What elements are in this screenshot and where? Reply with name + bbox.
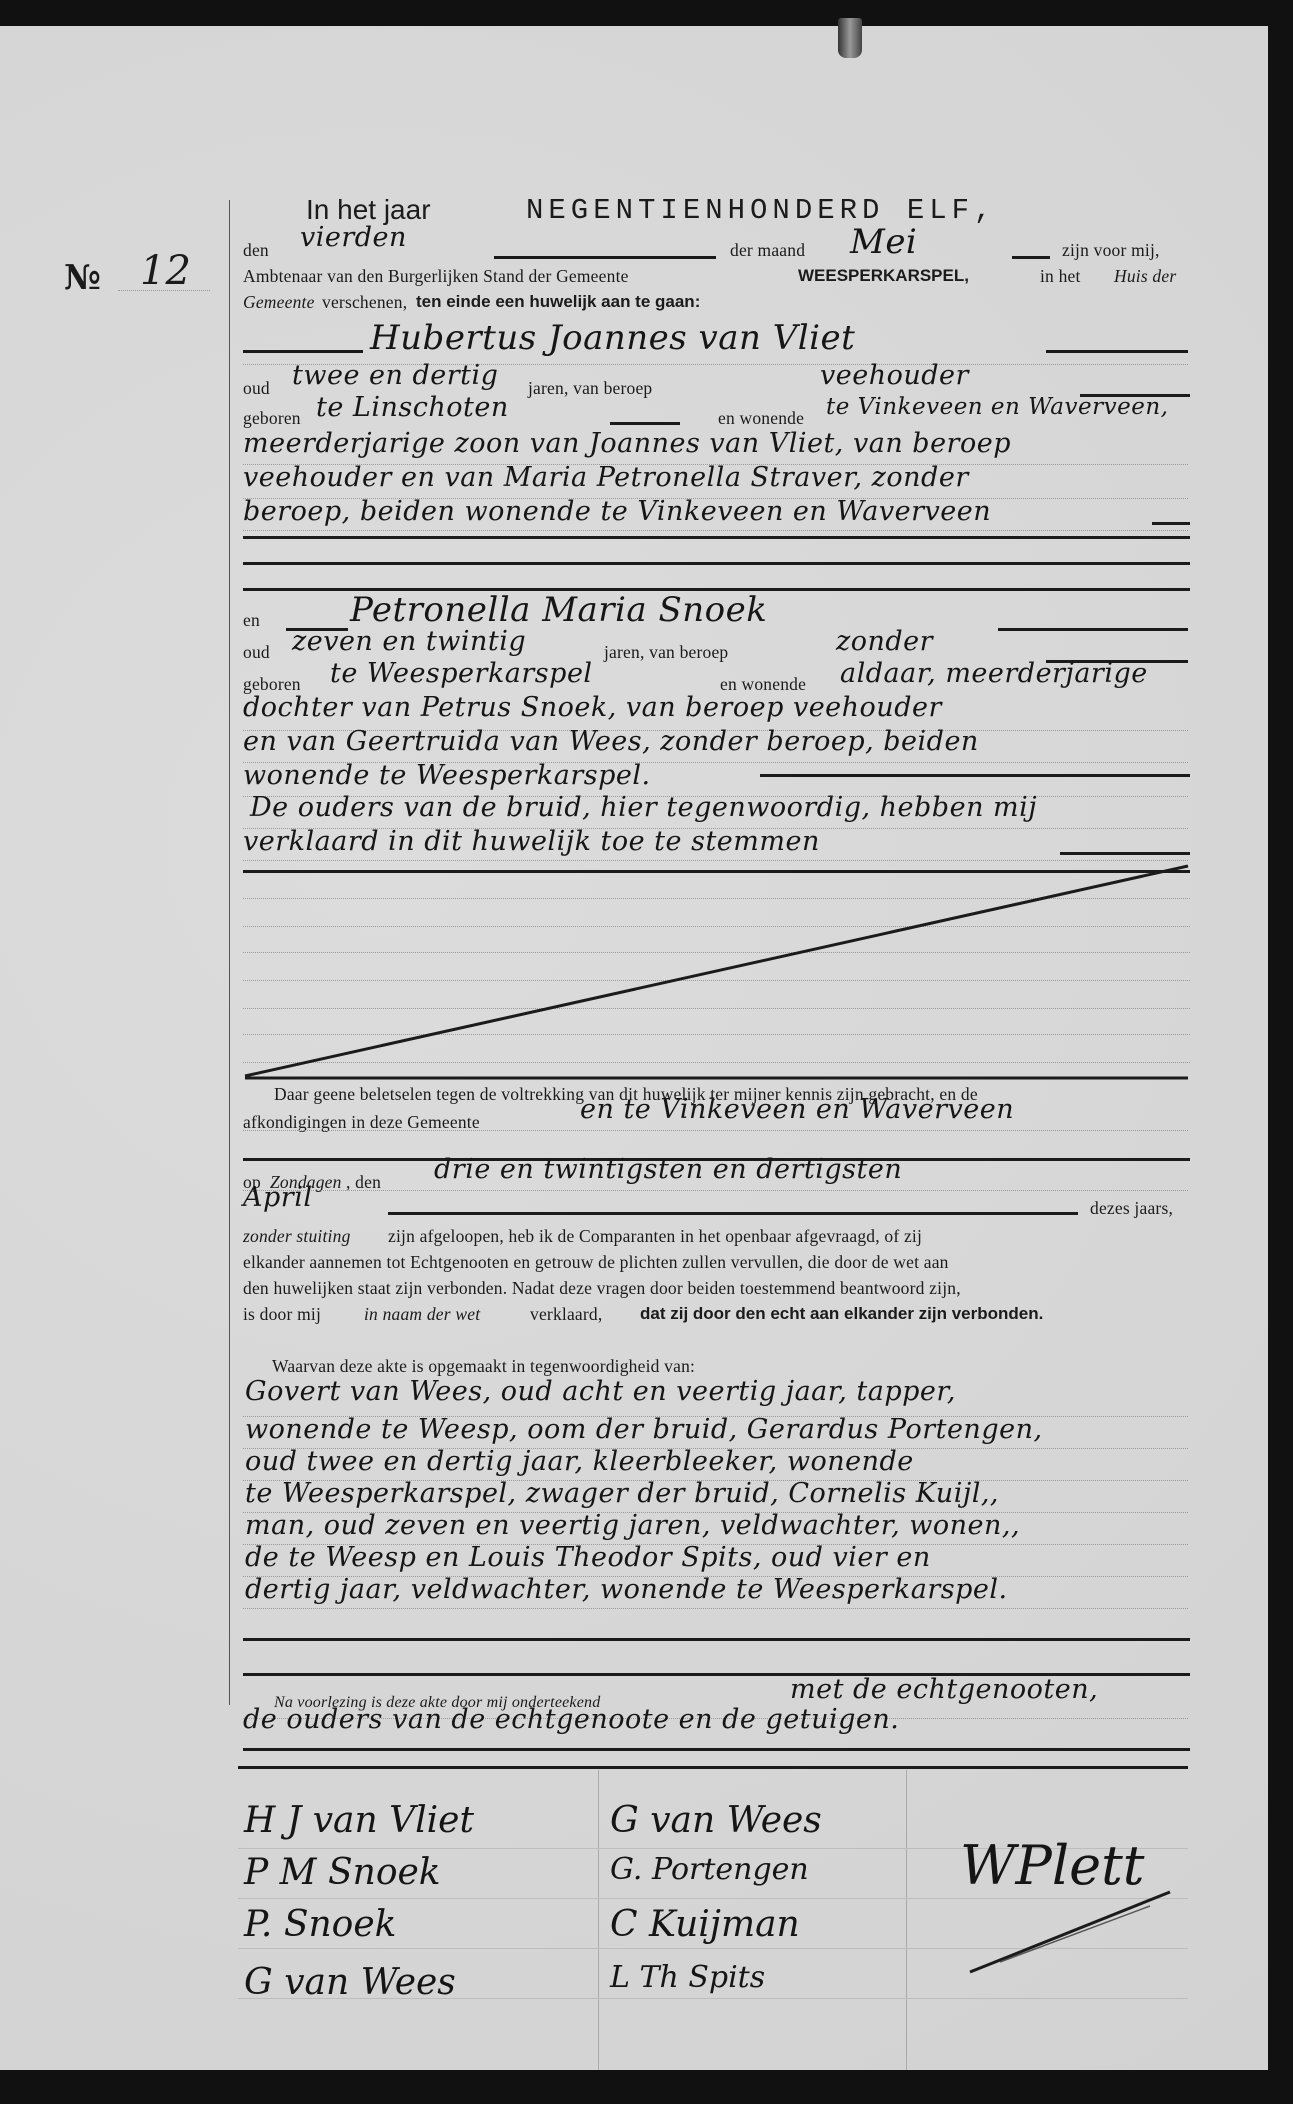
- bride-parents-line: De ouders van de bruid, hier tegenwoordi…: [250, 792, 1037, 823]
- para-line4b: verklaard,: [530, 1304, 602, 1325]
- official-text: Ambtenaar van den Burgerlijken Stand der…: [243, 266, 629, 287]
- signature-witness-2: G. Portengen: [610, 1852, 809, 1887]
- signature-groom: H J van Vliet: [244, 1800, 474, 1841]
- fill-rule: [1046, 350, 1188, 353]
- margin-rule: [229, 200, 230, 1705]
- signature-bride-mother: G van Wees: [244, 1962, 456, 2003]
- proclamation-places: en te Vinkeveen en Waverveen: [580, 1094, 1014, 1125]
- groom-age: twee en dertig: [292, 360, 498, 391]
- fill-rule: [238, 1766, 1188, 1769]
- witness-line: oud twee en dertig jaar, kleerbleeker, w…: [245, 1446, 914, 1477]
- municipality-name: WEESPERKARSPEL,: [798, 266, 969, 286]
- official-text-c-bold: ten einde een huwelijk aan te gaan:: [416, 292, 700, 312]
- document-page: № 12 In het jaar NEGENTIENHONDERD ELF, d…: [0, 22, 1268, 2072]
- title-year: NEGENTIENHONDERD ELF,: [526, 194, 996, 227]
- fill-rule: [1012, 256, 1050, 259]
- fill-rule: [494, 256, 716, 259]
- den-label: den: [243, 240, 269, 261]
- witness-line: Govert van Wees, oud acht en veertig jaa…: [245, 1376, 956, 1407]
- bride-occupation: zonder: [836, 626, 933, 657]
- para-line2: elkander aannemen tot Echtgenooten en ge…: [243, 1252, 949, 1273]
- groom-parents-line: beroep, beiden wonende te Vinkeveen en W…: [243, 496, 991, 527]
- groom-birthplace: te Linschoten: [316, 392, 509, 423]
- bride-parents-line: dochter van Petrus Snoek, van beroep vee…: [243, 692, 942, 723]
- guide-line: [243, 1608, 1188, 1609]
- groom-parents-line: veehouder en van Maria Petronella Strave…: [243, 462, 969, 493]
- binder-clip: [838, 18, 862, 58]
- sundays-dates: drie en twintigsten en dertigsten: [434, 1154, 902, 1185]
- scan-top-edge: [0, 0, 1293, 26]
- witness-line: wonende te Weesp, oom der bruid, Gerardu…: [245, 1414, 1043, 1445]
- bride-oud-label: oud: [243, 642, 270, 663]
- signature-witness-1: G van Wees: [610, 1800, 822, 1841]
- fill-rule: [998, 628, 1188, 631]
- groom-occupation: veehouder: [820, 360, 969, 391]
- month-label: der maand: [730, 240, 805, 261]
- column-rule: [906, 1770, 907, 2072]
- month-handwritten: Mei: [850, 222, 917, 262]
- guide-line: [243, 530, 1188, 531]
- cancel-stroke: [243, 852, 1193, 1092]
- dezes-jaars: dezes jaars,: [1090, 1198, 1173, 1219]
- bride-birthplace: te Weesperkarspel: [330, 658, 593, 689]
- bride-years-label: jaren, van beroep: [604, 642, 728, 663]
- official-text-c: verschenen,: [322, 292, 407, 313]
- scan-right-edge: [1268, 0, 1293, 2104]
- bride-name: Petronella Maria Snoek: [350, 590, 767, 630]
- witness-line: man, oud zeven en veertig jaren, veldwac…: [245, 1510, 1020, 1541]
- para-line3: den huwelijken staat zijn verbonden. Nad…: [243, 1278, 961, 1299]
- bride-parents-line: wonende te Weesperkarspel.: [243, 760, 651, 791]
- para-line4a: is door mij: [243, 1304, 321, 1325]
- signing-hand-1: met de echtgenooten,: [790, 1674, 1098, 1705]
- column-rule: [598, 1770, 599, 2072]
- signing-hand-2: de ouders van de echtgenoote en de getui…: [243, 1704, 899, 1735]
- para-line1: zijn afgeloopen, heb ik de Comparanten i…: [388, 1226, 922, 1247]
- fill-rule: [243, 1748, 1190, 1751]
- official-text-b-italic: Huis der: [1114, 266, 1176, 287]
- signature-witness-3: C Kuijman: [610, 1904, 800, 1945]
- fill-rule: [610, 422, 680, 425]
- bride-age: zeven en twintig: [292, 626, 526, 657]
- witness-line: de te Weesp en Louis Theodor Spits, oud …: [245, 1542, 931, 1573]
- date-line-tail: zijn voor mij,: [1062, 240, 1160, 261]
- groom-name: Hubertus Joannes van Vliet: [370, 318, 855, 358]
- record-number-label: №: [64, 258, 101, 298]
- groom-born-label: geboren: [243, 408, 301, 429]
- fill-rule: [243, 1638, 1190, 1641]
- official-text-c-italic: Gemeente: [243, 292, 315, 313]
- groom-living-label: en wonende: [718, 408, 804, 429]
- official-text-b: in het: [1040, 266, 1081, 287]
- bride-residence: aldaar, meerderjarige: [840, 658, 1148, 689]
- day-handwritten: vierden: [300, 222, 407, 253]
- cancel-rule: [243, 536, 1190, 539]
- witness-line: dertig jaar, veldwachter, wonende te Wee…: [245, 1574, 1008, 1605]
- signature-witness-4: L Th Spits: [610, 1960, 765, 1995]
- groom-parents-line: meerderjarige zoon van Joannes van Vliet…: [243, 428, 1011, 459]
- official-flourish: [940, 1802, 1200, 1982]
- groom-residence: te Vinkeveen en Waverveen,: [826, 394, 1168, 420]
- signature-bride: P M Snoek: [244, 1852, 441, 1893]
- guide-line: [243, 1130, 1188, 1131]
- fill-rule: [388, 1212, 1078, 1215]
- para-italic: zonder stuiting: [243, 1226, 351, 1247]
- fill-rule: [1152, 522, 1190, 525]
- fill-rule: [243, 350, 363, 353]
- number-dotted-line: [118, 290, 210, 291]
- para-line4-italic: in naam der wet: [364, 1304, 480, 1325]
- signature-bride-father: P. Snoek: [244, 1904, 396, 1945]
- record-number: 12: [140, 248, 191, 294]
- scan-bottom-edge: [0, 2070, 1293, 2104]
- groom-oud-label: oud: [243, 378, 270, 399]
- sundays-month: April: [243, 1182, 312, 1213]
- witnesses-intro: Waarvan deze akte is opgemaakt in tegenw…: [272, 1356, 695, 1377]
- cancel-rule: [243, 562, 1190, 565]
- groom-years-label: jaren, van beroep: [528, 378, 652, 399]
- bride-parents-line: en van Geertruida van Wees, zonder beroe…: [243, 726, 979, 757]
- guide-line: [243, 1190, 1188, 1191]
- witness-line: te Weesperkarspel, zwager der bruid, Cor…: [245, 1478, 999, 1509]
- fill-rule: [760, 774, 1190, 777]
- para-line4-bold: dat zij door den echt aan elkander zijn …: [640, 1304, 1043, 1324]
- bride-en-label: en: [243, 610, 260, 631]
